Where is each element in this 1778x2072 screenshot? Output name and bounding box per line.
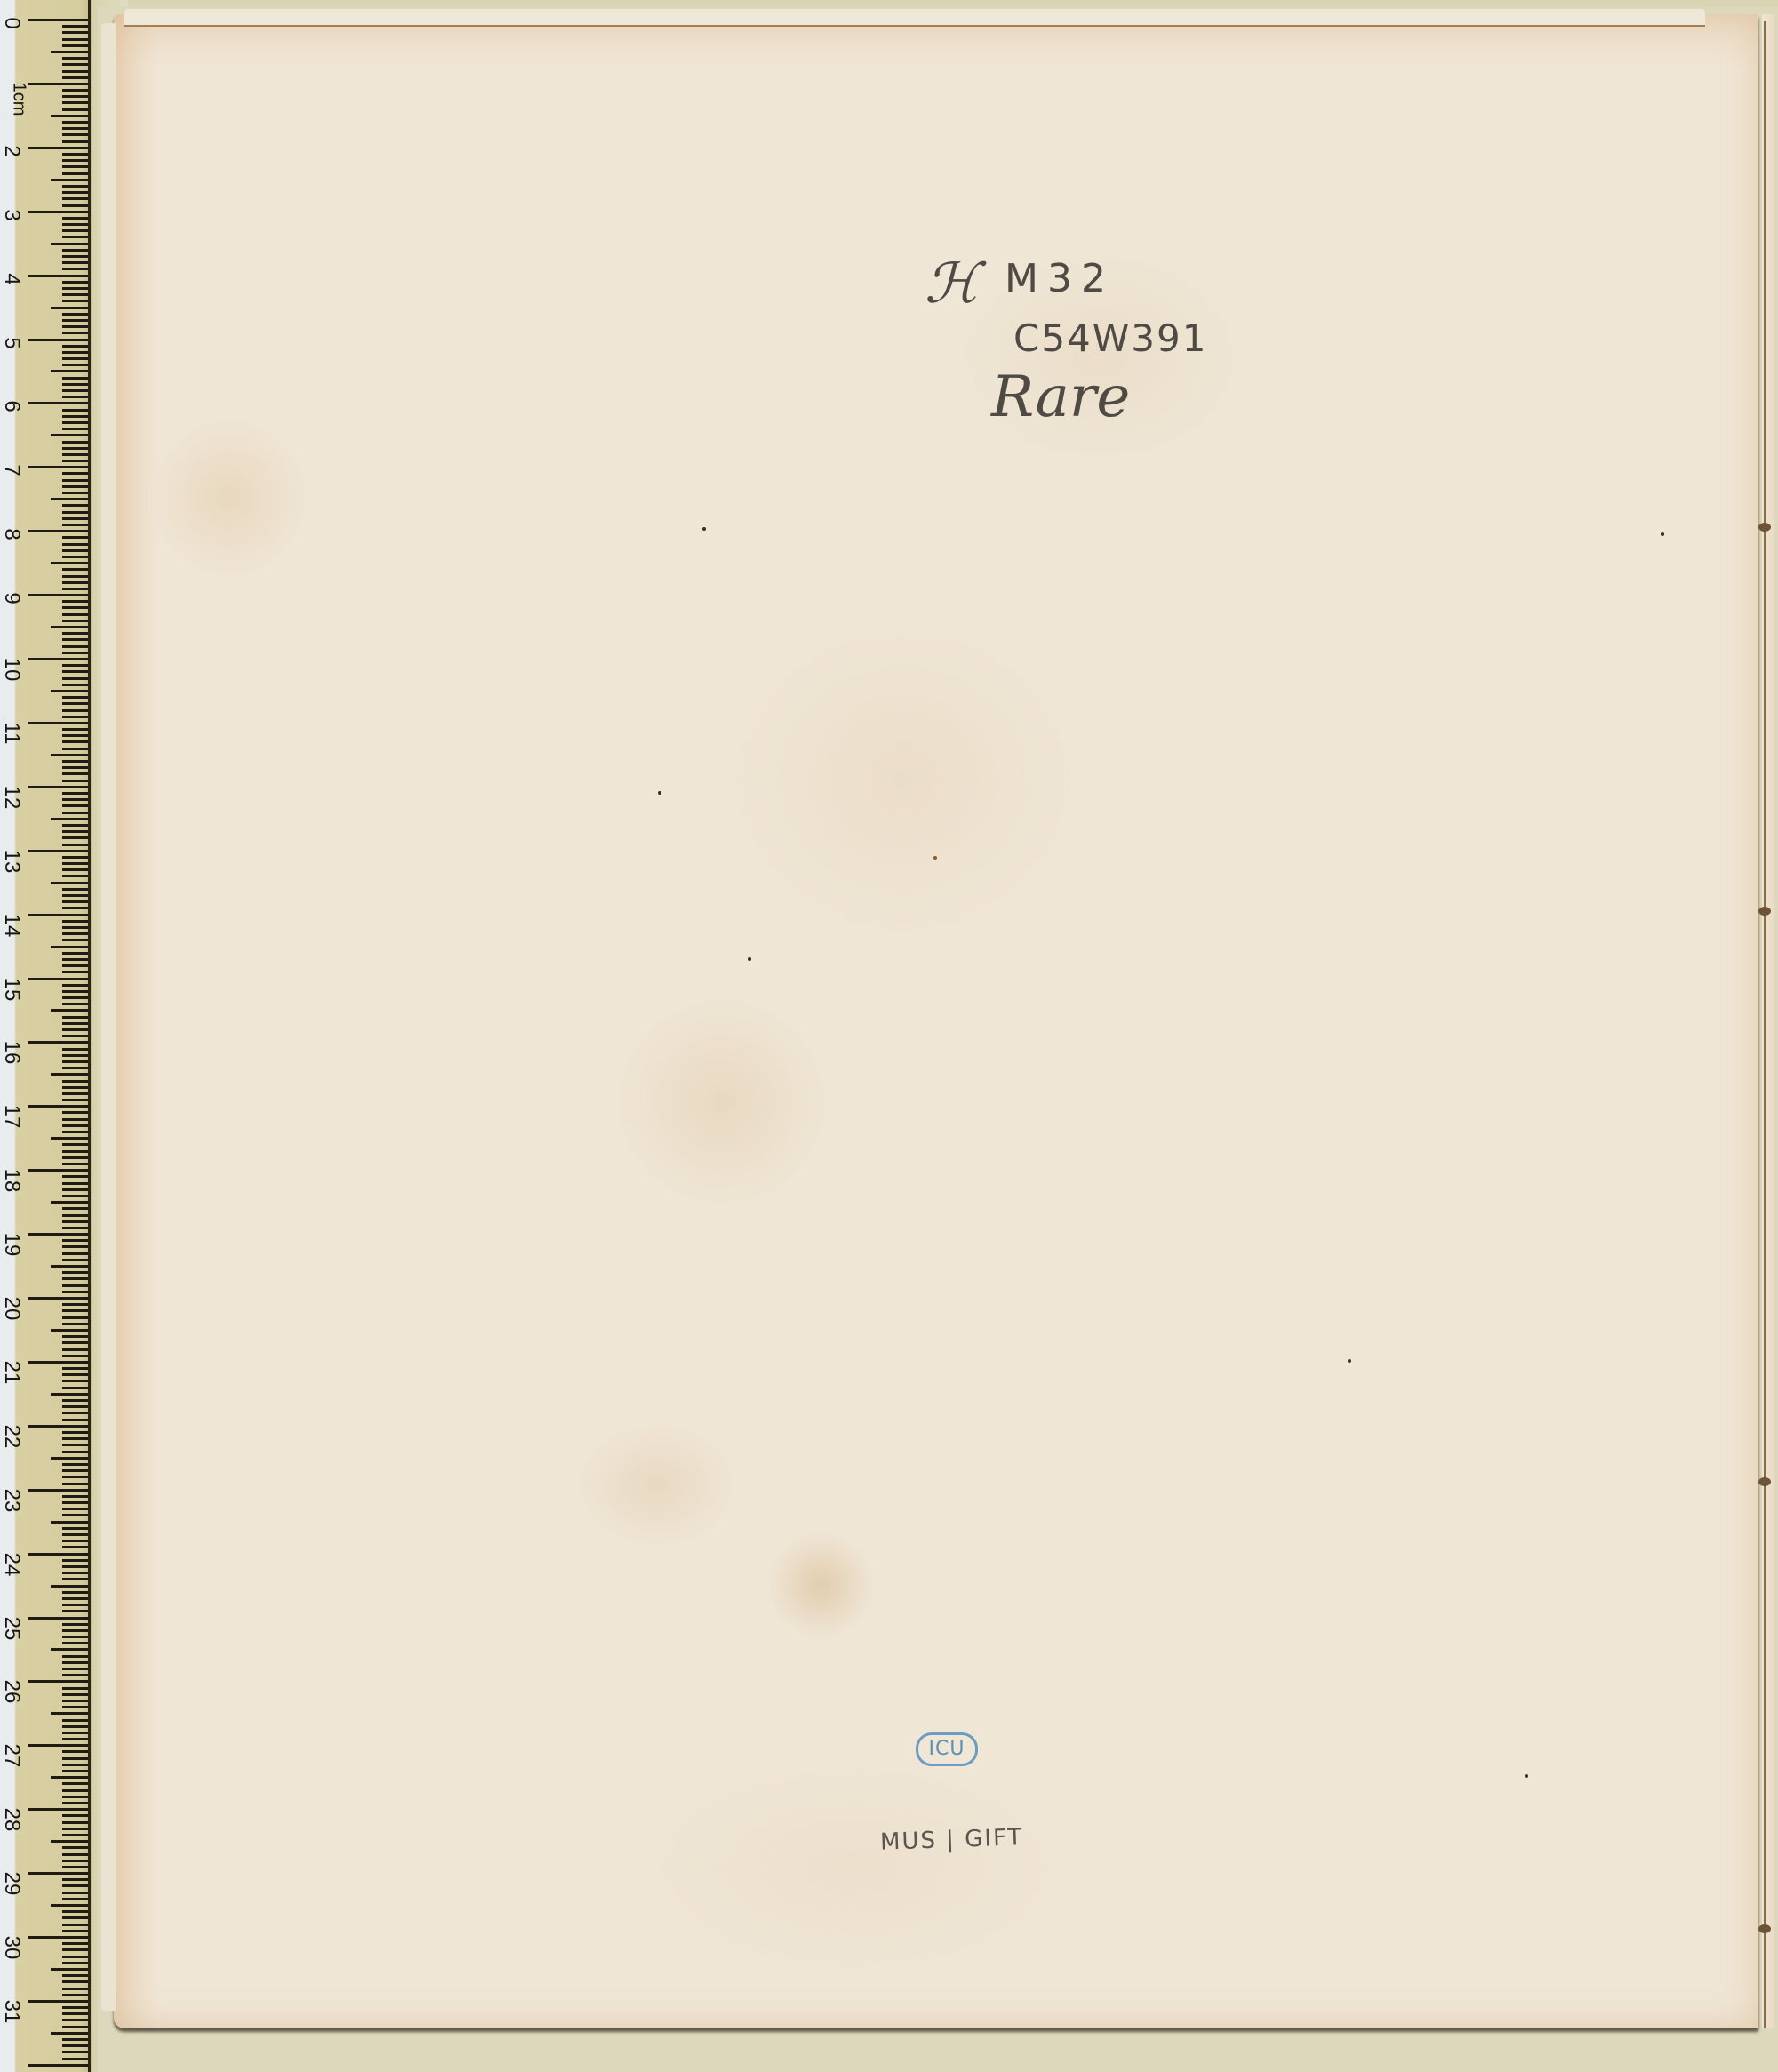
ruler-tick	[51, 818, 91, 820]
ruler-tick	[62, 364, 91, 366]
ruler-cm-label: 22	[1, 1423, 22, 1450]
ruler-tick	[62, 1239, 91, 1242]
ruler-tick	[62, 1916, 91, 1919]
ruler-tick	[62, 696, 91, 699]
ruler-tick	[62, 1022, 91, 1025]
ruler-tick	[62, 1610, 91, 1612]
ruler-tick	[62, 996, 91, 999]
ruler-tick	[51, 1137, 91, 1140]
ruler-tick	[62, 1214, 91, 1217]
ruler-tick	[62, 1131, 91, 1133]
ruler-tick	[62, 1284, 91, 1287]
ruler-tick	[62, 1323, 91, 1325]
ruler-tick	[62, 517, 91, 520]
ruler-tick	[62, 287, 91, 290]
ruler-tick	[62, 236, 91, 238]
ruler-tick	[62, 1508, 91, 1510]
ruler-cm-label: 21	[1, 1359, 22, 1386]
ruler-tick	[62, 932, 91, 935]
ruler-tick	[62, 1309, 91, 1312]
paper-speck	[1661, 532, 1664, 536]
ruler-tick	[62, 1994, 91, 1996]
paper-speck	[658, 791, 661, 795]
ruler-tick	[62, 1948, 91, 1951]
ruler-tick	[62, 984, 91, 987]
ruler-tick	[62, 836, 91, 839]
document-page	[114, 14, 1758, 2028]
ruler-tick	[62, 824, 91, 827]
ruler-tick	[62, 728, 91, 731]
ruler-tick	[62, 1028, 91, 1031]
ruler-tick	[28, 1041, 91, 1044]
ruler-tick	[28, 1169, 91, 1172]
ruler-tick	[28, 1105, 91, 1108]
ruler-tick	[62, 1980, 91, 1983]
ruler-tick	[62, 664, 91, 667]
ruler-tick	[62, 1182, 91, 1185]
ruler-tick	[51, 307, 91, 309]
ruler-tick	[62, 428, 91, 430]
ruler-tick	[62, 613, 91, 616]
ruler-tick	[62, 1303, 91, 1306]
ruler-tick	[62, 971, 91, 973]
ruler-tick	[62, 1559, 91, 1562]
paper-speck	[748, 957, 751, 961]
ruler-tick	[62, 1495, 91, 1498]
ruler-tick	[28, 147, 91, 149]
ruler-tick	[62, 1604, 91, 1606]
ruler-tick	[62, 1878, 91, 1881]
page-top-edge	[124, 9, 1705, 27]
ruler-tick	[62, 1150, 91, 1153]
ruler-tick	[62, 313, 91, 316]
ruler-tick	[62, 268, 91, 270]
ruler-cm-label: 0	[1, 10, 22, 36]
ruler-tick	[62, 524, 91, 526]
ruler-tick	[62, 1732, 91, 1734]
ruler-tick	[62, 249, 91, 252]
ruler-tick	[62, 1821, 91, 1824]
ruler-tick	[62, 1764, 91, 1766]
ruler-tick	[62, 1367, 91, 1370]
ruler-tick	[62, 964, 91, 967]
ruler-tick	[62, 396, 91, 398]
ruler-tick	[62, 543, 91, 546]
ruler-tick	[28, 19, 91, 21]
ruler-tick	[62, 677, 91, 680]
ruler-tick	[62, 1048, 91, 1051]
ruler-tick	[51, 1329, 91, 1332]
ruler-tick	[51, 1393, 91, 1396]
ruler-tick	[28, 786, 91, 788]
ruler-tick	[51, 179, 91, 181]
ruler-tick	[62, 958, 91, 961]
ruler-tick	[62, 1828, 91, 1830]
ruler-tick	[62, 345, 91, 348]
ruler-tick	[62, 748, 91, 750]
ruler-tick	[62, 1060, 91, 1063]
ruler-tick	[62, 1054, 91, 1057]
ruler-tick	[62, 108, 91, 111]
ruler-tick	[28, 1936, 91, 1939]
paper-speck	[702, 527, 706, 531]
ruler-tick	[62, 1143, 91, 1146]
ruler-tick	[62, 1348, 91, 1351]
ruler-tick	[62, 1469, 91, 1472]
ruler-tick	[51, 2032, 91, 2035]
ruler-tick	[62, 1195, 91, 1197]
ruler-tick	[62, 536, 91, 539]
ruler-tick	[62, 862, 91, 865]
ruler-tick	[62, 632, 91, 635]
ruler-tick	[51, 1904, 91, 1907]
ruler-tick	[62, 1706, 91, 1708]
ruler-tick	[62, 792, 91, 795]
ruler-cm-label: 26	[1, 1678, 22, 1705]
ruler-cm-label: 28	[1, 1806, 22, 1833]
ruler-cm-label: 12	[1, 784, 22, 811]
ruler-cm-label: 3	[1, 202, 22, 228]
ruler-tick	[28, 1297, 91, 1300]
ruler-tick	[62, 2006, 91, 2009]
ruler-tick	[62, 383, 91, 386]
ruler-cm-label: 27	[1, 1742, 22, 1769]
ruler-tick	[62, 1860, 91, 1862]
ruler-tick	[62, 1118, 91, 1121]
ruler-tick	[28, 850, 91, 852]
ruler-tick	[62, 888, 91, 891]
ruler-tick	[62, 581, 91, 584]
ruler-cm-label: 15	[1, 976, 22, 1003]
ruler-tick	[62, 1245, 91, 1248]
ruler-tick	[28, 914, 91, 916]
ruler-tick	[62, 1437, 91, 1440]
ruler-tick	[62, 229, 91, 232]
ruler-tick	[62, 421, 91, 424]
ruler-tick	[51, 115, 91, 117]
ruler-tick	[62, 1942, 91, 1945]
call-number-line-1: M32	[1005, 256, 1115, 301]
ruler-tick	[28, 1489, 91, 1492]
ruler-tick	[51, 370, 91, 372]
ruler-tick	[62, 1565, 91, 1568]
ruler-tick	[62, 1974, 91, 1977]
ruler-tick	[62, 261, 91, 264]
ruler-tick	[62, 1988, 91, 1990]
ruler-tick	[51, 1585, 91, 1588]
ruler-cm-label: 23	[1, 1487, 22, 1514]
paper-speck	[1525, 1774, 1528, 1778]
ruler-tick	[62, 1175, 91, 1178]
ruler-tick	[62, 830, 91, 833]
ruler-tick	[62, 255, 91, 258]
ruler-tick	[51, 1265, 91, 1268]
ruler-cm-label: 4	[1, 266, 22, 292]
ruler-tick	[62, 1930, 91, 1932]
ruler-tick	[62, 472, 91, 475]
ruler-tick	[62, 1067, 91, 1069]
ruler-tick	[62, 197, 91, 200]
ruler-tick	[62, 1412, 91, 1414]
ruler-tick	[62, 875, 91, 877]
ruler-tick	[62, 780, 91, 782]
ruler-tick	[62, 939, 91, 941]
ruler-tick	[62, 1444, 91, 1446]
ruler-tick	[62, 588, 91, 590]
ruler-tick	[28, 466, 91, 468]
ruler-tick	[51, 1457, 91, 1460]
ruler-tick	[62, 1898, 91, 1900]
ruler-tick	[62, 920, 91, 923]
ruler-tick	[62, 1380, 91, 1382]
ruler-tick	[62, 1483, 91, 1485]
ruler-tick	[62, 1277, 91, 1280]
ruler-tick	[62, 952, 91, 955]
ruler-tick	[28, 978, 91, 980]
ruler-tick	[62, 1725, 91, 1728]
ruler-tick	[62, 44, 91, 47]
call-number-line-2: C54W391	[1013, 316, 1207, 360]
ruler-tick	[62, 453, 91, 456]
ruler-cm-label: 18	[1, 1167, 22, 1194]
ruler-tick	[62, 409, 91, 412]
ruler-tick	[62, 1163, 91, 1165]
ruler-tick	[62, 1540, 91, 1542]
ruler-tick	[62, 760, 91, 763]
ruler-tick	[51, 1776, 91, 1779]
ruler-tick	[62, 926, 91, 929]
ruler-tick	[51, 1840, 91, 1843]
ruler-tick	[62, 1341, 91, 1344]
ruler-tick	[28, 1872, 91, 1875]
ruler-tick	[62, 2019, 91, 2021]
ruler-tick	[62, 357, 91, 360]
ruler-tick	[62, 63, 91, 66]
ruler-tick	[62, 1700, 91, 1702]
ruler-tick	[62, 1796, 91, 1798]
ruler-tick	[62, 1892, 91, 1894]
ruler-tick	[28, 1808, 91, 1811]
ruler-tick	[62, 804, 91, 807]
binding-stitch	[1758, 1477, 1771, 1486]
ruler-tick	[62, 1623, 91, 1626]
ruler-tick	[62, 89, 91, 92]
ruler-tick	[62, 1016, 91, 1019]
ruler-tick	[62, 1003, 91, 1005]
ruler-tick	[62, 38, 91, 41]
ruler-tick	[62, 1591, 91, 1594]
ruler-cm-label: 16	[1, 1039, 22, 1066]
ruler-tick	[62, 70, 91, 73]
ruler-tick	[51, 626, 91, 628]
ruler-tick	[62, 1884, 91, 1887]
ruler-cm-label: 30	[1, 1934, 22, 1961]
ruler-tick	[62, 1719, 91, 1722]
ruler-tick	[62, 556, 91, 558]
ruler-tick	[28, 2000, 91, 2003]
ruler-tick	[62, 2012, 91, 2015]
ruler-tick	[62, 1220, 91, 1223]
ruler-cm-label: 24	[1, 1551, 22, 1578]
ruler-tick	[62, 1035, 91, 1037]
ruler-tick	[62, 1259, 91, 1261]
ruler-tick	[62, 1419, 91, 1421]
ruler-tick	[62, 990, 91, 993]
ruler-tick	[62, 1962, 91, 1964]
ruler-tick	[62, 281, 91, 284]
ruler-tick	[62, 1668, 91, 1670]
ruler-tick	[62, 133, 91, 136]
ruler-tick	[62, 1674, 91, 1676]
ruler-tick	[62, 1252, 91, 1255]
ruler-tick	[62, 153, 91, 156]
ruler-tick	[62, 127, 91, 130]
ruler-tick	[62, 172, 91, 175]
ruler-tick	[62, 2058, 91, 2060]
ruler-tick	[62, 2044, 91, 2047]
ruler-tick	[28, 1680, 91, 1683]
ruler-tick	[62, 447, 91, 450]
ruler-tick	[62, 1527, 91, 1530]
ruler-tick	[62, 1431, 91, 1434]
ruler-tick	[51, 243, 91, 245]
ruler-tick	[62, 31, 91, 34]
ruler-tick	[51, 754, 91, 756]
ruler-cm-label: 10	[1, 656, 22, 683]
ruler-cm-label: 31	[1, 1998, 22, 2025]
ruler-tick	[28, 339, 91, 341]
ruler-tick	[62, 638, 91, 641]
ruler-tick	[62, 492, 91, 494]
ruler-tick	[62, 485, 91, 488]
ruler-tick	[62, 389, 91, 392]
ruler-tick	[62, 1956, 91, 1958]
ruler-tick	[62, 101, 91, 104]
ruler-tick	[62, 1572, 91, 1574]
ruler-tick	[28, 1617, 91, 1620]
ruler-tick	[62, 511, 91, 514]
ruler-tick	[51, 498, 91, 500]
ruler-tick	[51, 1009, 91, 1012]
ruler-tick	[62, 217, 91, 220]
ruler-tick	[62, 1451, 91, 1453]
ruler-tick	[62, 1501, 91, 1504]
ruler-tick	[62, 772, 91, 775]
ruler-tick	[62, 1661, 91, 1664]
ruler-tick	[51, 1201, 91, 1204]
ruler-tick	[62, 1629, 91, 1632]
ruler-tick	[62, 652, 91, 654]
ruler-tick	[62, 185, 91, 188]
ruler-tick	[62, 441, 91, 444]
ruler-tick	[62, 549, 91, 552]
binding-fold-line	[1764, 21, 1766, 2028]
ruler-tick	[62, 1291, 91, 1293]
ruler-cm-label: 25	[1, 1615, 22, 1642]
ruler-tick	[62, 57, 91, 60]
ruler-tick	[62, 479, 91, 482]
ruler-tick	[62, 798, 91, 801]
ruler-tick	[62, 702, 91, 705]
ruler-tick	[62, 1546, 91, 1548]
ruler-tick	[62, 1924, 91, 1926]
ruler-tick	[28, 1744, 91, 1747]
ruler-tick	[62, 1533, 91, 1536]
ruler-tick	[51, 1712, 91, 1715]
ruler-tick	[62, 844, 91, 846]
ruler-tick	[62, 1910, 91, 1913]
ruler-tick	[62, 1156, 91, 1159]
ruler-cm-label: 11	[1, 720, 22, 747]
ruler-tick	[62, 734, 91, 737]
ruler-tick	[62, 1853, 91, 1856]
ruler-tick	[62, 1086, 91, 1089]
call-number-line-3: Rare	[991, 364, 1130, 430]
ruler-tick	[62, 1463, 91, 1466]
ruler-cm-label: 9	[1, 585, 22, 612]
ruler-tick	[51, 946, 91, 948]
ruler-tick	[62, 1124, 91, 1127]
ruler-tick	[62, 907, 91, 909]
ruler-tick	[62, 504, 91, 507]
ruler-tick	[62, 1782, 91, 1785]
ruler-tick	[62, 293, 91, 296]
ruler-tick	[62, 191, 91, 194]
ruler-tick	[62, 645, 91, 648]
ruler-tick	[51, 1521, 91, 1524]
ruler-tick	[62, 1387, 91, 1389]
ruler-tick	[62, 1227, 91, 1229]
ruler-tick	[62, 1335, 91, 1338]
ruler-tick	[62, 1738, 91, 1740]
ruler-tick	[62, 670, 91, 673]
ruler-tick	[28, 275, 91, 277]
ruler-cm-label: 6	[1, 393, 22, 420]
ruler-tick	[62, 684, 91, 686]
ruler-tick	[62, 1693, 91, 1696]
ruler-tick	[62, 766, 91, 769]
ruler-tick	[62, 1814, 91, 1817]
ruler-tick	[62, 1111, 91, 1114]
ruler-tick	[28, 1233, 91, 1236]
paper-speck	[933, 856, 937, 860]
ruler-tick	[62, 332, 91, 334]
ruler-tick	[62, 95, 91, 98]
ruler-tick	[62, 1405, 91, 1408]
ruler-cm-label: 19	[1, 1231, 22, 1258]
ruler-tick	[62, 620, 91, 622]
ruler-tick	[62, 76, 91, 79]
ruler-tick	[51, 434, 91, 436]
ruler-tick	[28, 1361, 91, 1364]
ruler-tick	[28, 1425, 91, 1428]
ruler-tick	[51, 562, 91, 564]
ruler-tick	[62, 1399, 91, 1402]
ruler-tick	[62, 325, 91, 328]
ruler-tick	[62, 1846, 91, 1849]
ruler-tick	[62, 1207, 91, 1210]
ruler-tick	[28, 530, 91, 532]
ruler-tick	[62, 1597, 91, 1600]
ruler-tick	[51, 882, 91, 884]
ruler-cm-label: 8	[1, 521, 22, 548]
ruler-tick	[62, 568, 91, 571]
ruler-tick	[62, 1642, 91, 1644]
ruler-tick	[62, 1514, 91, 1516]
ruler-tick	[62, 709, 91, 712]
ruler-tick	[62, 1271, 91, 1274]
ruler-tick	[28, 211, 91, 213]
